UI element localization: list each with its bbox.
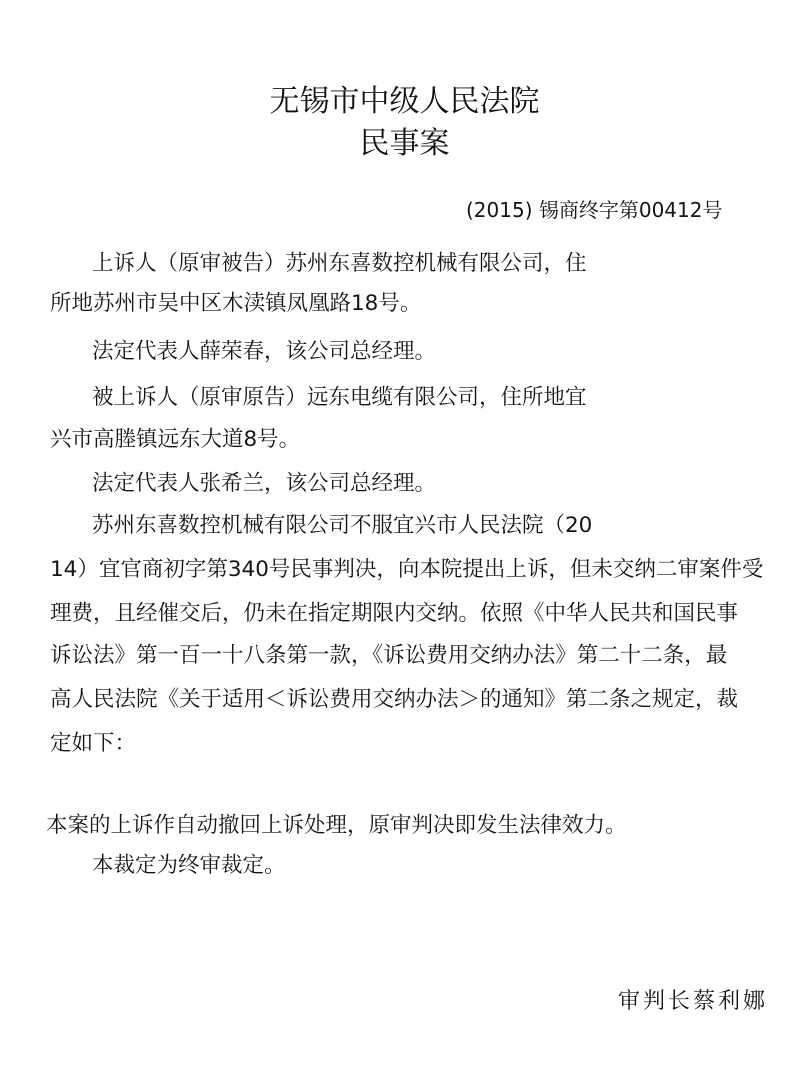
body-line-3: 理费，且经催交后，仍未在指定期限内交纳。依照《中华人民共和国民事 [50, 600, 738, 628]
appellant-line-1: 上诉人（原审被告）苏州东喜数控机械有限公司，住 [92, 250, 587, 278]
document-type-heading: 民事案 [0, 124, 809, 164]
court-ruling-document: 无锡市中级人民法院 民事案 (2015) 锡商终字第00412号 上诉人（原审被… [0, 0, 809, 1066]
ruling-final-statement: 本裁定为终审裁定。 [92, 852, 286, 880]
body-line-5: 高人民法院《关于适用＜诉讼费用交纳办法＞的通知》第二条之规定，裁 [50, 686, 738, 714]
court-name-heading: 无锡市中级人民法院 [0, 82, 809, 122]
body-line-4: 诉讼法》第一百一十八条第一款，《诉讼费用交纳办法》第二十二条，最 [50, 642, 727, 670]
body-line-6: 定如下： [50, 730, 136, 758]
ruling-decision: 本案的上诉作自动撤回上诉处理，原审判决即发生法律效力。 [46, 812, 627, 840]
appellee-line-1: 被上诉人（原审原告）远东电缆有限公司，住所地宜 [92, 384, 587, 412]
appellant-line-2: 所地苏州市吴中区木渎镇凤凰路18号。 [50, 290, 421, 318]
appellant-legal-rep: 法定代表人薛荣春，该公司总经理。 [92, 338, 436, 366]
appellee-line-2: 兴市高塍镇远东大道8号。 [50, 426, 300, 454]
body-line-2: 14）宜官商初字第340号民事判决，向本院提出上诉，但未交纳二审案件受 [50, 556, 763, 584]
case-number: (2015) 锡商终字第00412号 [466, 196, 722, 224]
appellee-legal-rep: 法定代表人张希兰，该公司总经理。 [92, 470, 436, 498]
presiding-judge-signature: 审判长蔡利娜 [618, 988, 768, 1016]
body-line-1: 苏州东喜数控机械有限公司不服宜兴市人民法院（20 [92, 512, 592, 540]
